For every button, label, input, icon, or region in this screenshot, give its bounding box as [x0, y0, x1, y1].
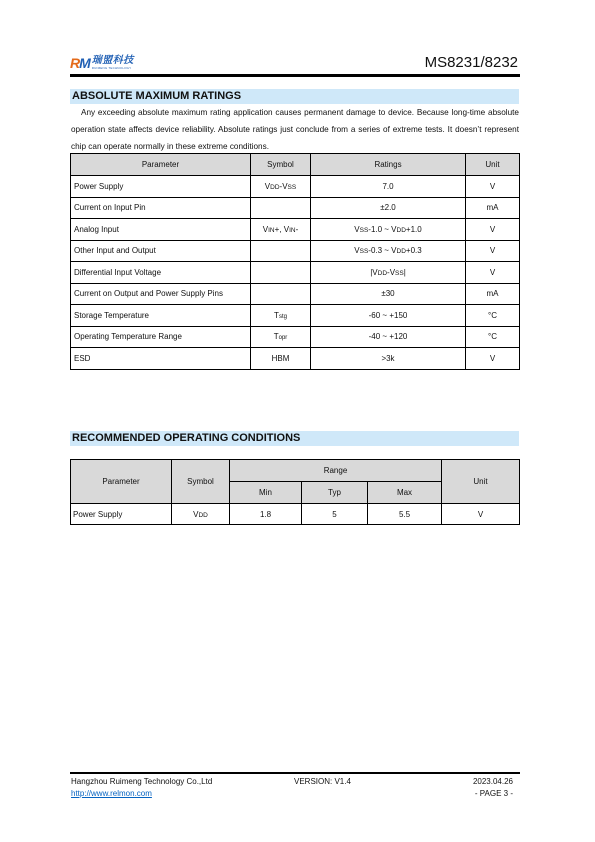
col-header-symbol: Symbol [172, 460, 230, 504]
cell-unit: °C [466, 326, 520, 348]
cell-symbol: VDD [172, 504, 230, 525]
col-header-max: Max [368, 482, 442, 504]
cell-ratings: ±2.0 [311, 197, 466, 219]
cell-ratings: -60 ~ +150 [311, 305, 466, 327]
col-header-parameter: Parameter [71, 154, 251, 176]
table-row: Power SupplyVDD-VSS7.0V [71, 176, 520, 198]
col-header-symbol: Symbol [251, 154, 311, 176]
cell-ratings: 7.0 [311, 176, 466, 198]
absolute-max-ratings-table: Parameter Symbol Ratings Unit Power Supp… [70, 153, 520, 370]
table-row: Analog InputVIN+, VIN-VSS-1.0 ~ VDD+1.0V [71, 219, 520, 241]
cell-ratings: >3k [311, 348, 466, 370]
cell-symbol [251, 283, 311, 305]
footer-company: Hangzhou Ruimeng Technology Co.,Ltd [71, 776, 212, 788]
cell-unit: V [466, 176, 520, 198]
cell-min: 1.8 [230, 504, 302, 525]
table-row: ESDHBM>3kV [71, 348, 520, 370]
recommended-conditions-table: Parameter Symbol Range Unit Min Typ Max … [70, 459, 520, 525]
section-heading-recommended-conditions: RECOMMENDED OPERATING CONDITIONS [70, 431, 519, 446]
logo-chinese-name: 瑞盟科技 [92, 56, 134, 66]
datasheet-page: RM 瑞盟科技 RUIMENG TECHNOLOGY MS8231/8232 A… [0, 0, 595, 842]
table-row: Current on Output and Power Supply Pins±… [71, 283, 520, 305]
col-header-unit: Unit [466, 154, 520, 176]
col-header-range: Range [230, 460, 442, 482]
footer-divider [70, 772, 520, 774]
col-header-min: Min [230, 482, 302, 504]
cell-parameter: ESD [71, 348, 251, 370]
col-header-parameter: Parameter [71, 460, 172, 504]
header-divider [70, 74, 520, 77]
col-header-typ: Typ [302, 482, 368, 504]
cell-ratings: VSS-1.0 ~ VDD+1.0 [311, 219, 466, 241]
paragraph-text: Any exceeding absolute maximum rating ap… [71, 108, 519, 151]
cell-symbol: Topr [251, 326, 311, 348]
table-row: Other Input and OutputVSS-0.3 ~ VDD+0.3V [71, 240, 520, 262]
cell-typ: 5 [302, 504, 368, 525]
cell-unit: V [466, 240, 520, 262]
cell-symbol: Tstg [251, 305, 311, 327]
cell-parameter: Storage Temperature [71, 305, 251, 327]
cell-unit: V [442, 504, 520, 525]
table-row: Differential Input Voltage|VDD-VSS|V [71, 262, 520, 284]
cell-unit: mA [466, 283, 520, 305]
cell-symbol: VIN+, VIN- [251, 219, 311, 241]
cell-parameter: Other Input and Output [71, 240, 251, 262]
cell-ratings: |VDD-VSS| [311, 262, 466, 284]
cell-ratings: ±30 [311, 283, 466, 305]
table-header-row: Parameter Symbol Ratings Unit [71, 154, 520, 176]
footer-version: VERSION: V1.4 [294, 776, 351, 788]
cell-max: 5.5 [368, 504, 442, 525]
cell-symbol: HBM [251, 348, 311, 370]
table-row: Operating Temperature RangeTopr-40 ~ +12… [71, 326, 520, 348]
section-paragraph: Any exceeding absolute maximum rating ap… [71, 104, 519, 155]
cell-ratings: -40 ~ +120 [311, 326, 466, 348]
cell-parameter: Power Supply [71, 504, 172, 525]
table-row: Power SupplyVDD1.855.5V [71, 504, 520, 525]
section-heading-absolute-max: ABSOLUTE MAXIMUM RATINGS [70, 89, 519, 104]
cell-unit: °C [466, 305, 520, 327]
footer-page-number: - PAGE 3 - [473, 788, 513, 800]
cell-symbol [251, 262, 311, 284]
cell-parameter: Current on Output and Power Supply Pins [71, 283, 251, 305]
logo-english-name: RUIMENG TECHNOLOGY [92, 66, 134, 70]
cell-symbol [251, 240, 311, 262]
document-title: MS8231/8232 [425, 54, 518, 71]
company-logo: RM 瑞盟科技 RUIMENG TECHNOLOGY [70, 56, 134, 70]
page-header: RM 瑞盟科技 RUIMENG TECHNOLOGY MS8231/8232 [70, 54, 520, 76]
col-header-ratings: Ratings [311, 154, 466, 176]
table-row: Current on Input Pin±2.0mA [71, 197, 520, 219]
table-row: Storage TemperatureTstg-60 ~ +150°C [71, 305, 520, 327]
col-header-unit: Unit [442, 460, 520, 504]
cell-unit: V [466, 348, 520, 370]
cell-ratings: VSS-0.3 ~ VDD+0.3 [311, 240, 466, 262]
cell-parameter: Power Supply [71, 176, 251, 198]
cell-parameter: Operating Temperature Range [71, 326, 251, 348]
cell-parameter: Analog Input [71, 219, 251, 241]
cell-symbol: VDD-VSS [251, 176, 311, 198]
cell-unit: V [466, 219, 520, 241]
table-header-row: Parameter Symbol Range Unit [71, 460, 520, 482]
cell-parameter: Differential Input Voltage [71, 262, 251, 284]
cell-symbol [251, 197, 311, 219]
cell-unit: mA [466, 197, 520, 219]
footer-date: 2023.04.26 [473, 776, 513, 788]
logo-mark-icon: RM [70, 56, 90, 70]
cell-unit: V [466, 262, 520, 284]
cell-parameter: Current on Input Pin [71, 197, 251, 219]
logo-text: 瑞盟科技 RUIMENG TECHNOLOGY [92, 56, 134, 70]
footer-website-link[interactable]: http://www.relmon.com [71, 788, 212, 800]
